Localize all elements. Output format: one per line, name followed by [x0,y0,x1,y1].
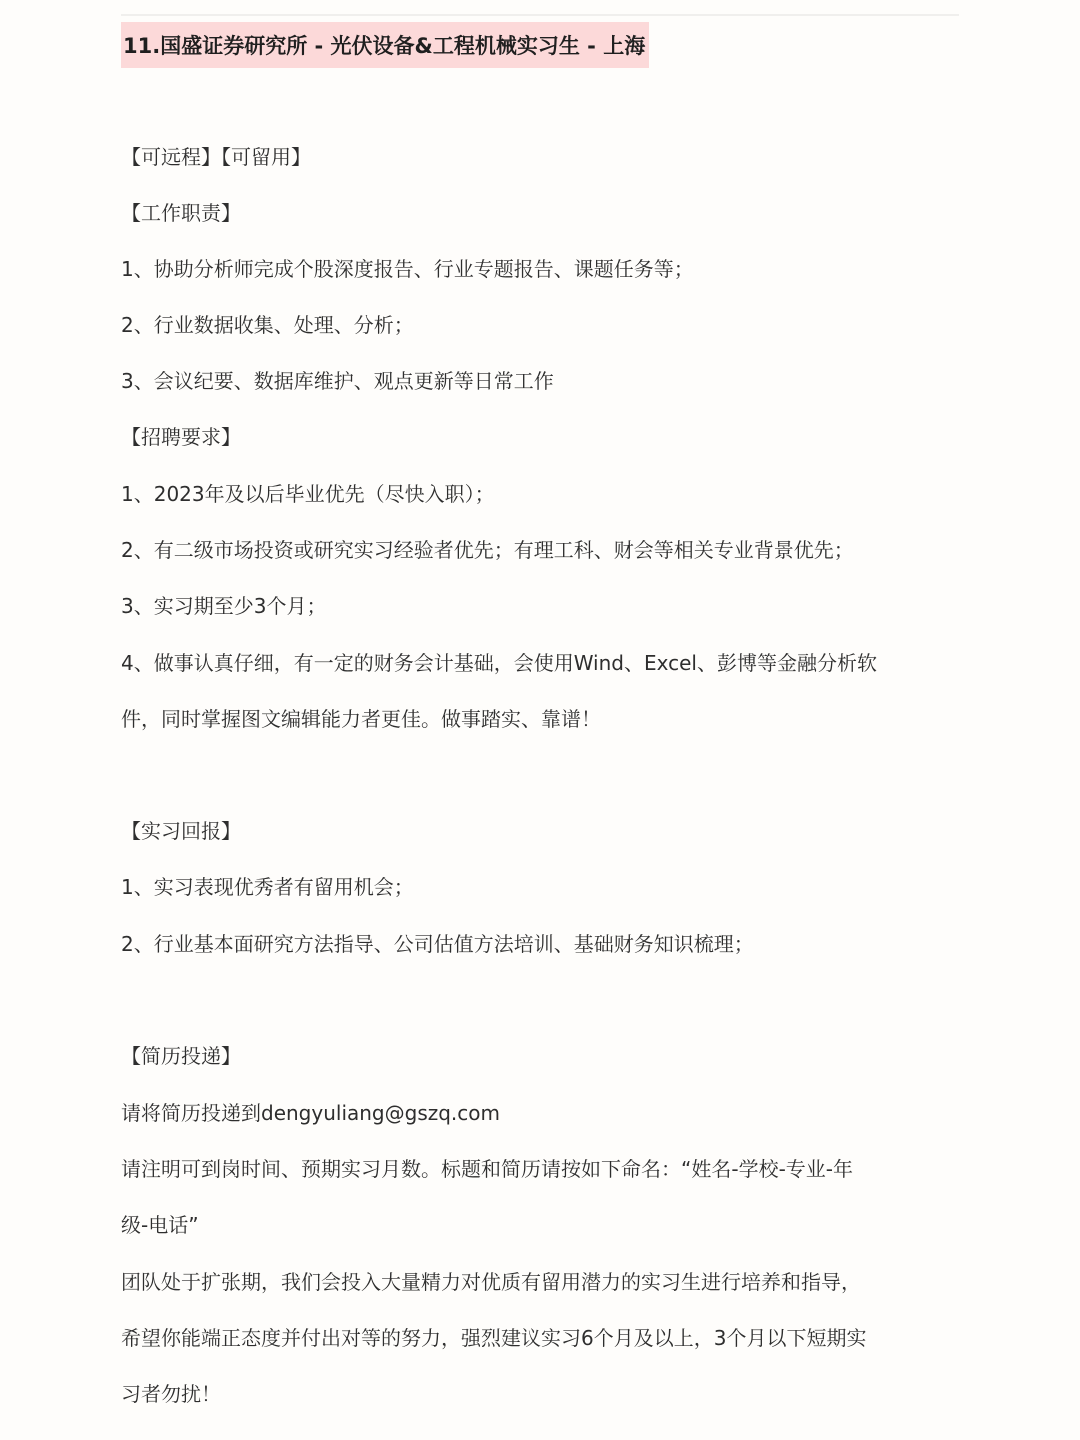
requirement-item: 3、实习期至少3个月； [121,591,326,621]
requirements-heading: 【招聘要求】 [121,422,241,452]
posting-title: 11.国盛证券研究所 - 光伏设备&工程机械实习生 - 上海 [123,30,645,60]
top-divider [121,14,959,16]
application-note-line: 习者勿扰！ [121,1379,221,1409]
application-note-line: 团队处于扩张期，我们会投入大量精力对优质有留用潜力的实习生进行培养和指导， [121,1267,861,1297]
application-heading: 【简历投递】 [121,1041,241,1071]
requirement-item: 2、有二级市场投资或研究实习经验者优先；有理工科、财会等相关专业背景优先； [121,535,854,565]
application-naming-line-continued: 级-电话” [121,1210,199,1240]
title-highlight: 11.国盛证券研究所 - 光伏设备&工程机械实习生 - 上海 [121,22,649,68]
duty-item: 1、协助分析师完成个股深度报告、行业专题报告、课题任务等； [121,254,694,284]
requirement-item: 4、做事认真仔细，有一定的财务会计基础，会使用Wind、Excel、彭博等金融分… [121,648,877,678]
duty-item: 3、会议纪要、数据库维护、观点更新等日常工作 [121,366,554,396]
duty-item: 2、行业数据收集、处理、分析； [121,310,414,340]
benefit-item: 2、行业基本面研究方法指导、公司估值方法培训、基础财务知识梳理； [121,929,754,959]
requirement-item: 1、2023年及以后毕业优先（尽快入职）； [121,479,495,509]
duties-heading: 【工作职责】 [121,198,241,228]
benefit-item: 1、实习表现优秀者有留用机会； [121,872,414,902]
application-naming-line: 请注明可到岗时间、预期实习月数。标题和简历请按如下命名：“姓名-学校-专业-年 [121,1154,853,1184]
benefits-heading: 【实习回报】 [121,816,241,846]
tags-line: 【可远程】【可留用】 [121,142,311,172]
application-email-line[interactable]: 请将简历投递到dengyuliang@gszq.com [121,1098,500,1128]
requirement-item-continued: 件，同时掌握图文编辑能力者更佳。做事踏实、靠谱！ [121,704,601,734]
application-note-line: 希望你能端正态度并付出对等的努力，强烈建议实习6个月及以上，3个月以下短期实 [121,1323,866,1353]
